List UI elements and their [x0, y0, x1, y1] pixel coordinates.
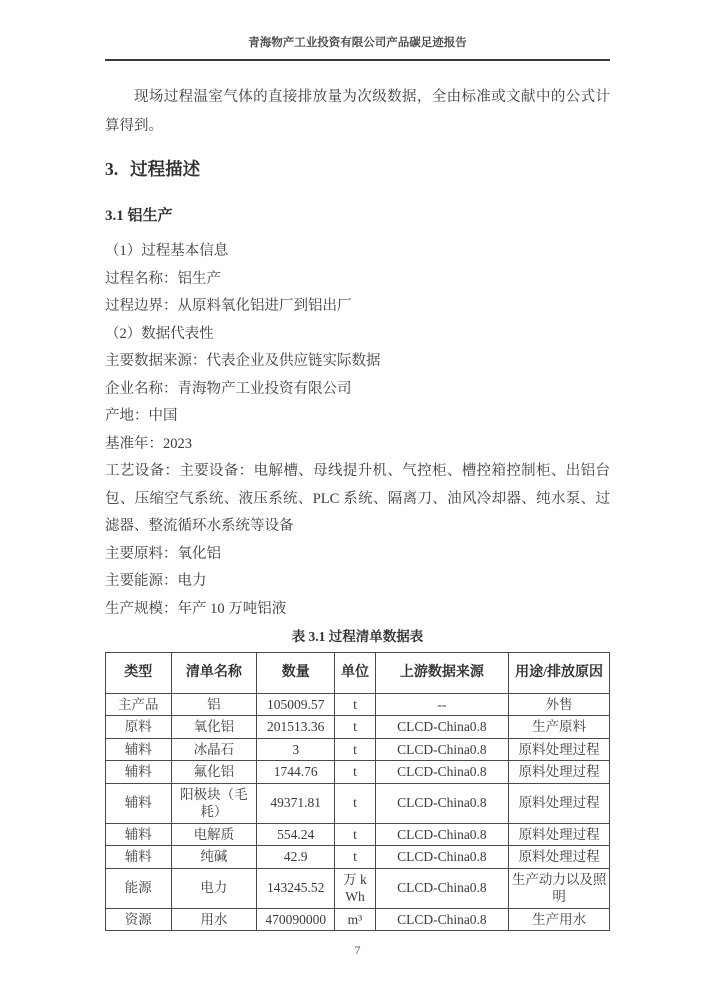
running-header-title: 青海物产工业投资有限公司产品碳足迹报告	[105, 36, 610, 61]
table-cell: CLCD-China0.8	[375, 823, 509, 846]
info-line: 过程名称：铝生产	[105, 266, 610, 294]
inventory-table-head: 类型清单名称数量单位上游数据来源用途/排放原因	[106, 653, 610, 694]
info-line: 主要能源：电力	[105, 568, 610, 596]
table-cell: 资源	[106, 908, 172, 931]
table-cell: 49371.81	[257, 783, 335, 823]
table-cell: t	[335, 783, 375, 823]
info-line: 产地：中国	[105, 403, 610, 431]
table-cell: 原料处理过程	[509, 846, 610, 869]
table-cell: 原料	[106, 716, 172, 739]
table-cell: 105009.57	[257, 693, 335, 716]
info-line: 企业名称：青海物产工业投资有限公司	[105, 376, 610, 404]
table-row: 辅料冰晶石3tCLCD-China0.8原料处理过程	[106, 738, 610, 761]
table-cell: 生产用水	[509, 908, 610, 931]
table-cell: t	[335, 846, 375, 869]
table-row: 原料氧化铝201513.36tCLCD-China0.8生产原料	[106, 716, 610, 739]
table-cell: 纯碱	[171, 846, 257, 869]
table-cell: 554.24	[257, 823, 335, 846]
table-cell: 原料处理过程	[509, 823, 610, 846]
table-cell: 原料处理过程	[509, 783, 610, 823]
column-header: 上游数据来源	[375, 653, 509, 694]
info-line: 主要数据来源：代表企业及供应链实际数据	[105, 348, 610, 376]
table-cell: 冰晶石	[171, 738, 257, 761]
table-row: 辅料电解质554.24tCLCD-China0.8原料处理过程	[106, 823, 610, 846]
table-cell: CLCD-China0.8	[375, 761, 509, 784]
info-line: 生产规模：年产 10 万吨铝液	[105, 596, 610, 624]
table-cell: 主产品	[106, 693, 172, 716]
table-cell: 阳极块（毛耗）	[171, 783, 257, 823]
table-cell: 铝	[171, 693, 257, 716]
table-cell: 原料处理过程	[509, 738, 610, 761]
column-header: 数量	[257, 653, 335, 694]
info-line: （2）数据代表性	[105, 321, 610, 349]
table-cell: 万 kWh	[335, 868, 375, 908]
table-cell: 能源	[106, 868, 172, 908]
table-cell: t	[335, 716, 375, 739]
info-line: 主要原料：氧化铝	[105, 541, 610, 569]
inventory-table: 类型清单名称数量单位上游数据来源用途/排放原因 主产品铝105009.57t--…	[105, 652, 610, 931]
table-cell: 143245.52	[257, 868, 335, 908]
table-cell: CLCD-China0.8	[375, 846, 509, 869]
page-content: 青海物产工业投资有限公司产品碳足迹报告 现场过程温室气体的直接排放量为次级数据，…	[105, 36, 610, 958]
table-cell: CLCD-China0.8	[375, 738, 509, 761]
table-row: 资源用水470090000m³CLCD-China0.8生产用水	[106, 908, 610, 931]
info-line: 过程边界：从原料氧化铝进厂到铝出厂	[105, 293, 610, 321]
inventory-header-row: 类型清单名称数量单位上游数据来源用途/排放原因	[106, 653, 610, 694]
table-cell: 生产动力以及照明	[509, 868, 610, 908]
table-cell: 电解质	[171, 823, 257, 846]
table-cell: 42.9	[257, 846, 335, 869]
table-cell: 3	[257, 738, 335, 761]
inventory-table-body: 主产品铝105009.57t--外售原料氧化铝201513.36tCLCD-Ch…	[106, 693, 610, 931]
table-cell: CLCD-China0.8	[375, 783, 509, 823]
table-cell: 电力	[171, 868, 257, 908]
table-cell: 氟化铝	[171, 761, 257, 784]
info-line: 基准年：2023	[105, 431, 610, 459]
table-cell: 外售	[509, 693, 610, 716]
column-header: 类型	[106, 653, 172, 694]
section-title: 过程描述	[130, 159, 200, 179]
table-cell: t	[335, 761, 375, 784]
table-row: 辅料纯碱42.9tCLCD-China0.8原料处理过程	[106, 846, 610, 869]
table-cell: 201513.36	[257, 716, 335, 739]
table-cell: t	[335, 738, 375, 761]
table-row: 主产品铝105009.57t--外售	[106, 693, 610, 716]
table-row: 辅料氟化铝1744.76tCLCD-China0.8原料处理过程	[106, 761, 610, 784]
column-header: 单位	[335, 653, 375, 694]
table-cell: 辅料	[106, 823, 172, 846]
table-cell: --	[375, 693, 509, 716]
table-row: 能源电力143245.52万 kWhCLCD-China0.8生产动力以及照明	[106, 868, 610, 908]
table-cell: 生产原料	[509, 716, 610, 739]
table-cell: 辅料	[106, 761, 172, 784]
document-page: 青海物产工业投资有限公司产品碳足迹报告 现场过程温室气体的直接排放量为次级数据，…	[0, 0, 707, 999]
table-cell: 辅料	[106, 783, 172, 823]
section-heading: 3.过程描述	[105, 158, 610, 180]
info-line: 工艺设备：主要设备：电解槽、母线提升机、气控柜、槽控箱控制柜、出铝台包、压缩空气…	[105, 458, 610, 541]
table-cell: 辅料	[106, 846, 172, 869]
intro-paragraph: 现场过程温室气体的直接排放量为次级数据，全由标准或文献中的公式计算得到。	[105, 83, 610, 141]
table-cell: 470090000	[257, 908, 335, 931]
table-cell: t	[335, 693, 375, 716]
table-row: 辅料阳极块（毛耗）49371.81tCLCD-China0.8原料处理过程	[106, 783, 610, 823]
table-cell: CLCD-China0.8	[375, 908, 509, 931]
table-cell: 辅料	[106, 738, 172, 761]
info-line: （1）过程基本信息	[105, 238, 610, 266]
table-caption: 表 3.1 过程清单数据表	[105, 628, 610, 646]
table-cell: 1744.76	[257, 761, 335, 784]
column-header: 清单名称	[171, 653, 257, 694]
page-header: 青海物产工业投资有限公司产品碳足迹报告	[105, 36, 610, 61]
table-cell: CLCD-China0.8	[375, 716, 509, 739]
table-cell: CLCD-China0.8	[375, 868, 509, 908]
table-cell: 用水	[171, 908, 257, 931]
section-number: 3.	[105, 159, 118, 179]
column-header: 用途/排放原因	[509, 653, 610, 694]
subsection-heading: 3.1 铝生产	[105, 206, 610, 226]
table-cell: t	[335, 823, 375, 846]
table-cell: 氧化铝	[171, 716, 257, 739]
page-number: 7	[105, 943, 610, 958]
table-cell: m³	[335, 908, 375, 931]
info-section: （1）过程基本信息过程名称：铝生产过程边界：从原料氧化铝进厂到铝出厂（2）数据代…	[105, 238, 610, 623]
table-cell: 原料处理过程	[509, 761, 610, 784]
